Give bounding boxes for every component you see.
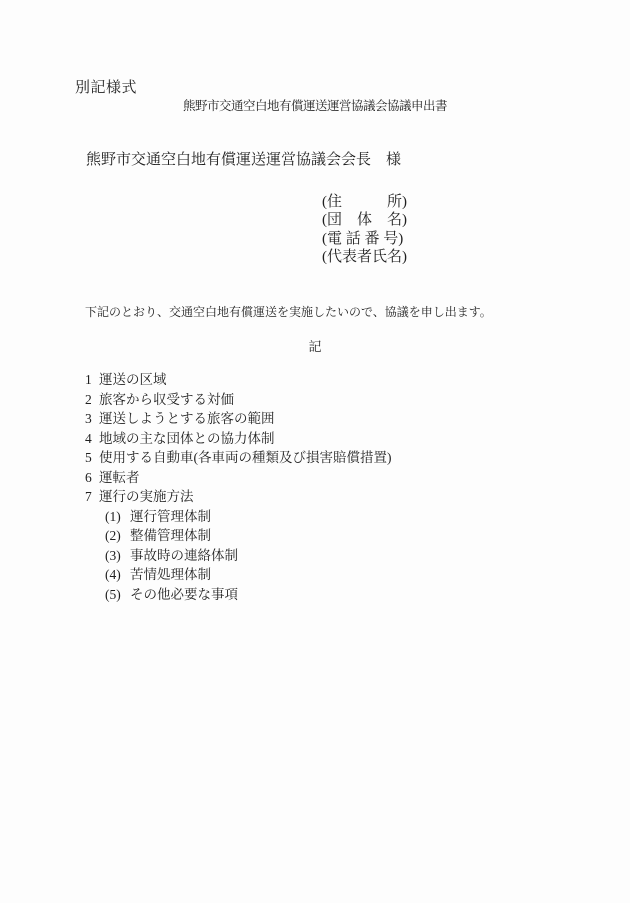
list-item: 5 使用する自動車(各車両の種類及び損害賠償措置) bbox=[0, 448, 630, 468]
list-subitem-label: その他必要な事項 bbox=[130, 585, 238, 605]
list-item-number: 5 bbox=[85, 448, 92, 468]
list-item-label: 運送しようとする旅客の範囲 bbox=[99, 409, 275, 429]
list-subitem: (2) 整備管理体制 bbox=[0, 526, 630, 546]
list-item-label: 使用する自動車(各車両の種類及び損害賠償措置) bbox=[99, 448, 392, 468]
list-subitem-label: 事故時の連絡体制 bbox=[130, 546, 238, 566]
list-item: 1 運送の区域 bbox=[0, 370, 630, 390]
list-item-label: 運行の実施方法 bbox=[99, 487, 194, 507]
list-subitem-number: (2) bbox=[105, 526, 121, 546]
list-subitem: (5) その他必要な事項 bbox=[0, 585, 630, 605]
field-phone-number: (電 話 番 号) bbox=[322, 230, 407, 248]
list-item: 2 旅客から収受する対価 bbox=[0, 390, 630, 410]
list-subitem-label: 整備管理体制 bbox=[130, 526, 211, 546]
list-item-label: 地域の主な団体との協力体制 bbox=[99, 429, 275, 449]
list-subitem-number: (5) bbox=[105, 585, 121, 605]
record-section-marker: 記 bbox=[0, 340, 630, 354]
list-item-number: 2 bbox=[85, 390, 92, 410]
list-item-label: 運送の区域 bbox=[99, 370, 167, 390]
document-page: 別記様式 熊野市交通空白地有償運送運営協議会協議申出書 熊野市交通空白地有償運送… bbox=[0, 0, 630, 903]
list-item-number: 6 bbox=[85, 468, 92, 488]
list-subitem: (1) 運行管理体制 bbox=[0, 507, 630, 527]
addressee-line: 熊野市交通空白地有償運送運営協議会会長 様 bbox=[86, 152, 401, 168]
list-item: 3 運送しようとする旅客の範囲 bbox=[0, 409, 630, 429]
list-item-label: 運転者 bbox=[99, 468, 140, 488]
list-subitem-label: 運行管理体制 bbox=[130, 507, 211, 527]
list-item: 6 運転者 bbox=[0, 468, 630, 488]
list-item-number: 4 bbox=[85, 429, 92, 449]
field-organization-name: (団 体 名) bbox=[322, 211, 407, 229]
document-title: 熊野市交通空白地有償運送運営協議会協議申出書 bbox=[0, 100, 630, 113]
form-style-label: 別記様式 bbox=[75, 81, 137, 96]
list-subitem-number: (1) bbox=[105, 507, 121, 527]
list-item-number: 7 bbox=[85, 487, 92, 507]
list-item-number: 1 bbox=[85, 370, 92, 390]
list-subitem: (3) 事故時の連絡体制 bbox=[0, 546, 630, 566]
request-statement: 下記のとおり、交通空白地有償運送を実施したいので、協議を申し出ます。 bbox=[85, 306, 492, 319]
list-subitem-number: (3) bbox=[105, 546, 121, 566]
field-address: (住 所) bbox=[322, 193, 407, 211]
list-item: 7 運行の実施方法 bbox=[0, 487, 630, 507]
list-subitem-number: (4) bbox=[105, 565, 121, 585]
field-representative-name: (代表者氏名) bbox=[322, 248, 407, 266]
applicant-fields: (住 所) (団 体 名) (電 話 番 号) (代表者氏名) bbox=[322, 193, 407, 266]
list-subitem-label: 苦情処理体制 bbox=[130, 565, 211, 585]
item-list: 1 運送の区域 2 旅客から収受する対価 3 運送しようとする旅客の範囲 4 地… bbox=[0, 370, 630, 604]
list-item-number: 3 bbox=[85, 409, 92, 429]
list-subitem: (4) 苦情処理体制 bbox=[0, 565, 630, 585]
list-item: 4 地域の主な団体との協力体制 bbox=[0, 429, 630, 449]
list-item-label: 旅客から収受する対価 bbox=[99, 390, 234, 410]
